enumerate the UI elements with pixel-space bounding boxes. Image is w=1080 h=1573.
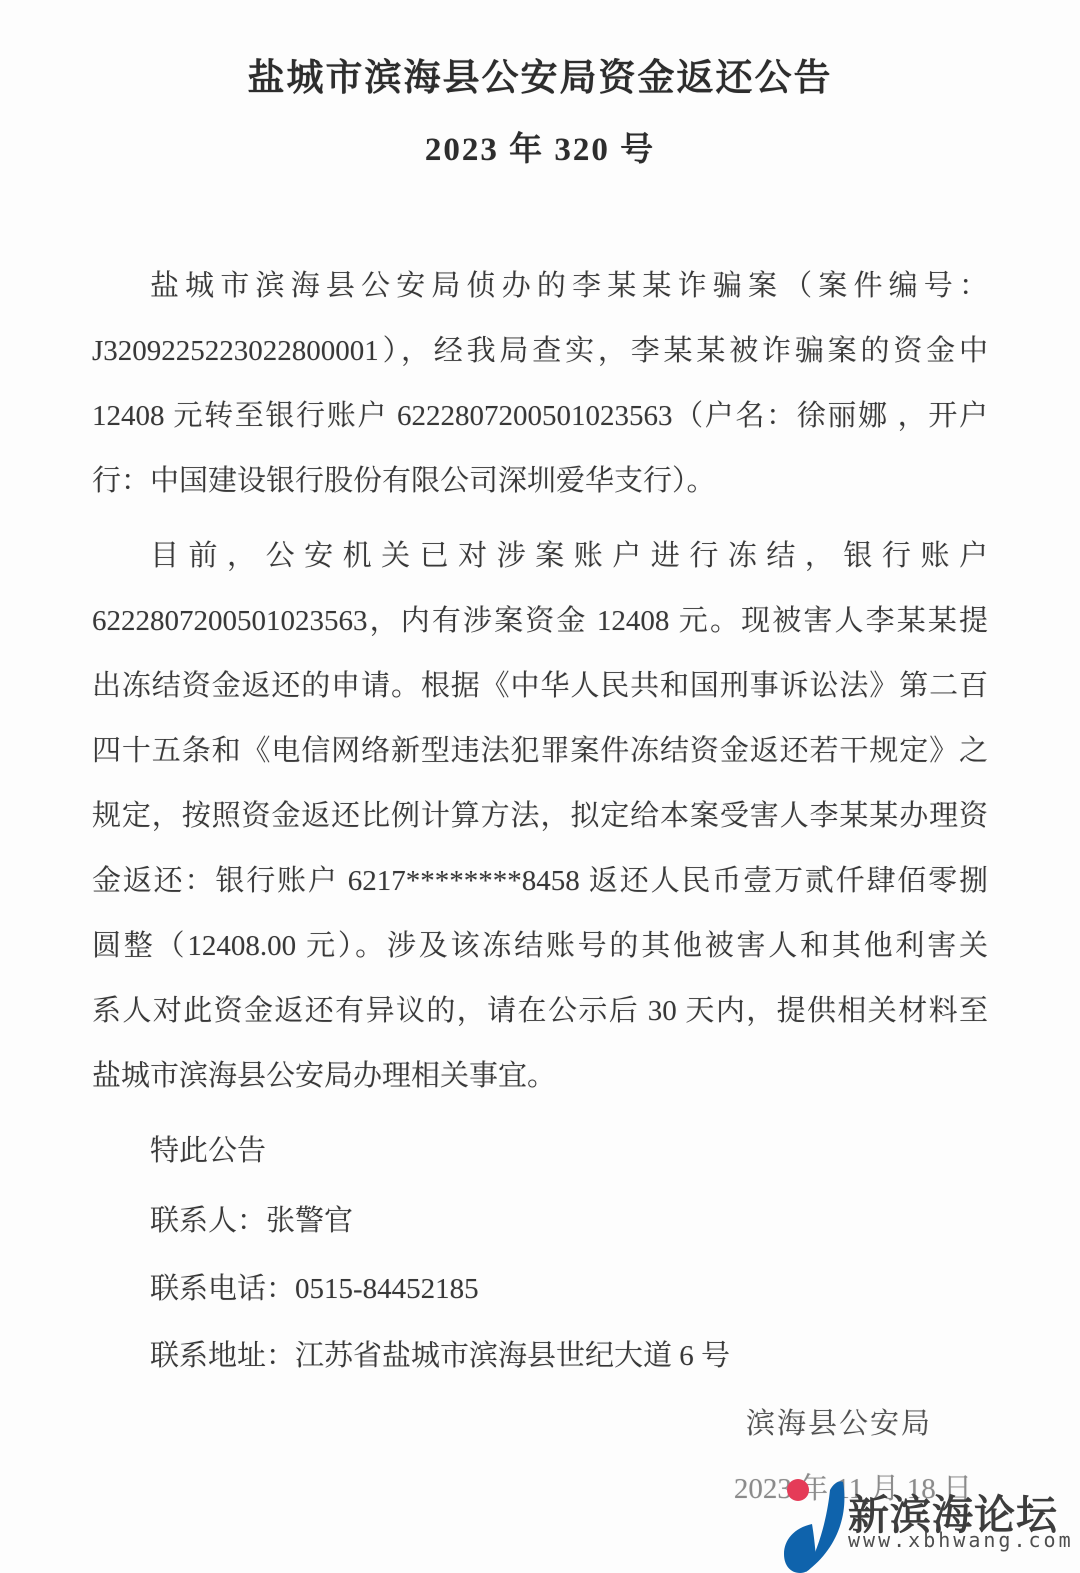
body-line: 盐城市滨海县公安局办理相关事宜。 (92, 1044, 988, 1109)
contact-person: 联系人：张警官 (92, 1189, 988, 1254)
closing-statement: 特此公告 (92, 1119, 988, 1184)
contact-address: 联系地址：江苏省盐城市滨海县世纪大道 6 号 (92, 1324, 988, 1389)
body-line: 圆整（12408.00 元）。涉及该冻结账号的其他被害人和其他利害关 (92, 914, 988, 979)
body-line: 6222807200501023563，内有涉案资金 12408 元。现被害人李… (92, 589, 988, 654)
paragraph-return-plan: 目前，公安机关已对涉案账户进行冻结，银行账户 62228072005010235… (92, 524, 988, 1109)
watermark-site-url: www.xbhwang.com (848, 1528, 1074, 1552)
document-content: 盐城市滨海县公安局资金返还公告 2023 年 320 号 盐城市滨海县公安局侦办… (0, 54, 1080, 1522)
xbhwang-logo-icon (756, 1468, 856, 1573)
body-line: 目前，公安机关已对涉案账户进行冻结，银行账户 (92, 524, 988, 589)
body-line: 盐城市滨海县公安局侦办的李某某诈骗案（案件编号： (92, 254, 988, 319)
body-line: 金返还：银行账户 6217********8458 返还人民币壹万贰仟肆佰零捌 (92, 849, 988, 914)
body-line: 12408 元转至银行账户 6222807200501023563（户名：徐丽娜… (92, 384, 988, 449)
body-line: 规定，按照资金返还比例计算方法，拟定给本案受害人李某某办理资 (92, 784, 988, 849)
contact-phone: 联系电话：0515-84452185 (92, 1257, 988, 1322)
watermark-xbhwang: 新滨海论坛 www.xbhwang.com (756, 1462, 1080, 1573)
paragraph-case-summary: 盐城市滨海县公安局侦办的李某某诈骗案（案件编号： J32092252230228… (92, 254, 988, 514)
body-line: 四十五条和《电信网络新型违法犯罪案件冻结资金返还若干规定》之 (92, 719, 988, 784)
body-line: 出冻结资金返还的申请。根据《中华人民共和国刑事诉讼法》第二百 (92, 654, 988, 719)
announcement-document: 盐城市滨海县公安局资金返还公告 2023 年 320 号 盐城市滨海县公安局侦办… (0, 0, 1080, 1573)
issuer-signature: 滨海县公安局 (92, 1392, 988, 1457)
document-title: 盐城市滨海县公安局资金返还公告 (92, 54, 988, 104)
body-line: 系人对此资金返还有异议的，请在公示后 30 天内，提供相关材料至 (92, 979, 988, 1044)
document-number: 2023 年 320 号 (92, 128, 988, 172)
body-line: J3209225223022800001），经我局查实，李某某被诈骗案的资金中 (92, 319, 988, 384)
body-line: 行：中国建设银行股份有限公司深圳爱华支行）。 (92, 449, 988, 514)
